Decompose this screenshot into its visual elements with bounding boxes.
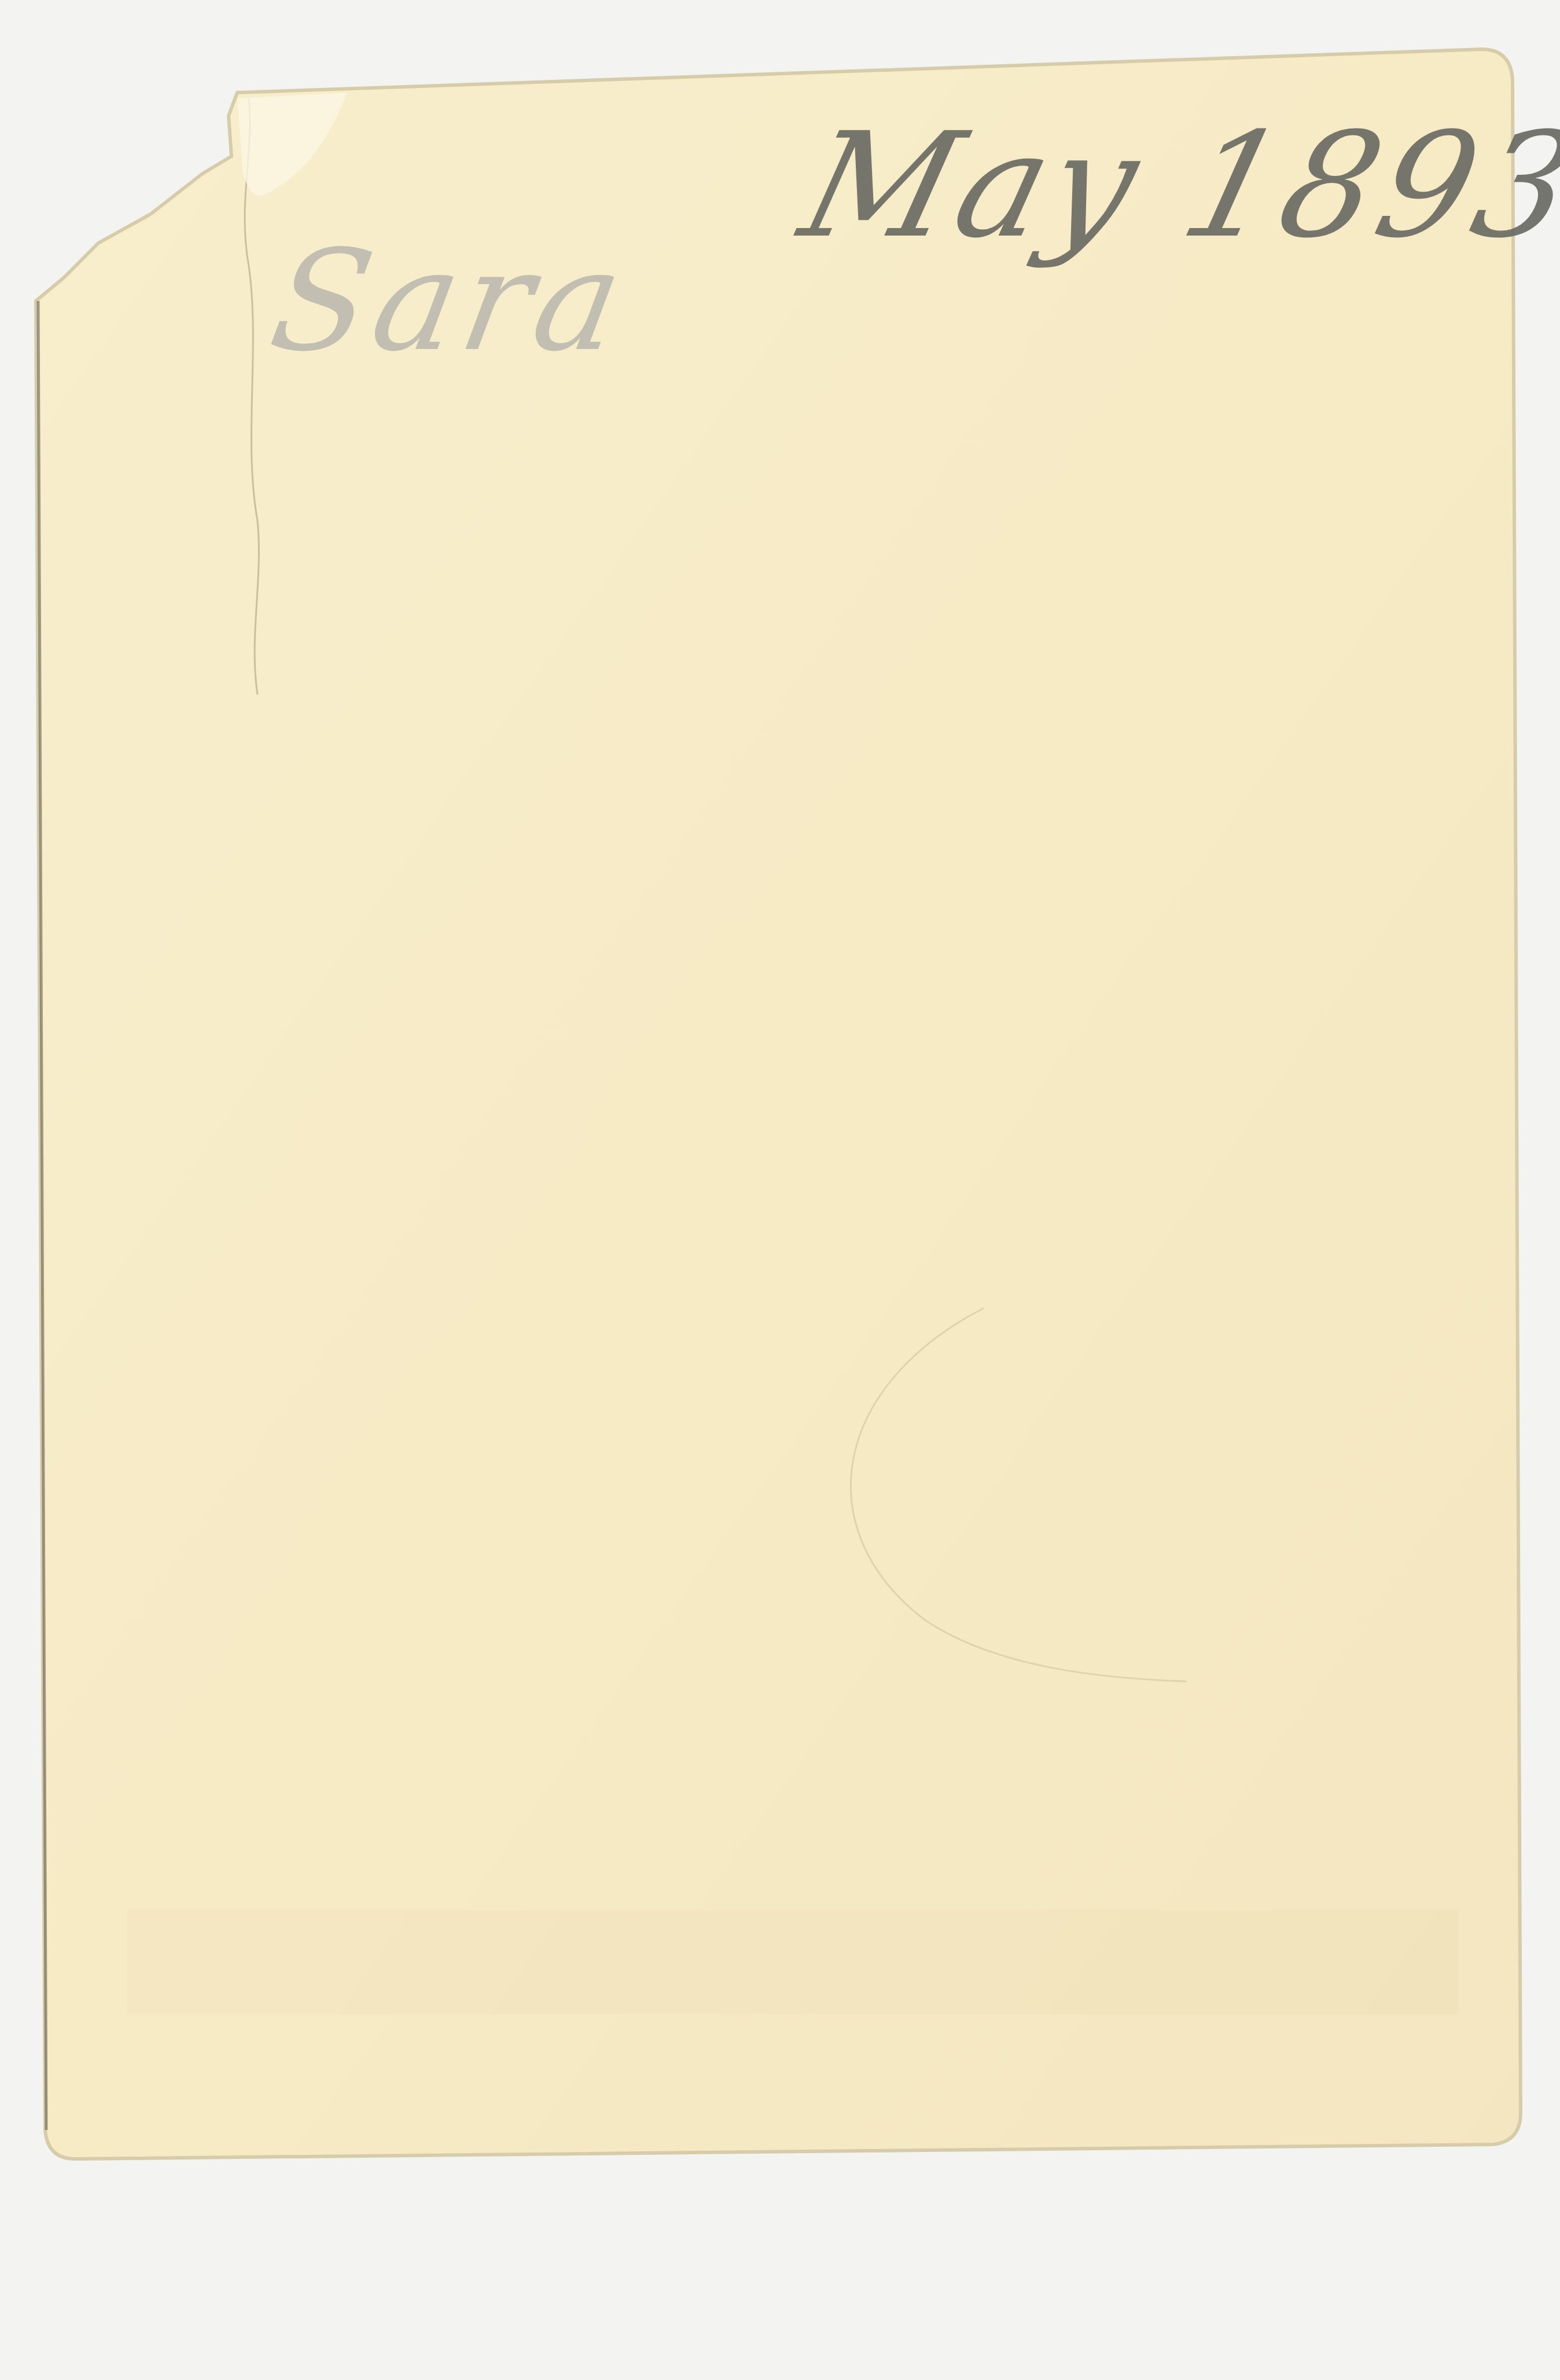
age-stain <box>127 1910 1458 2014</box>
handwritten-date: May 1893. <box>787 101 1560 270</box>
card-shape <box>0 0 1560 2380</box>
handwritten-name: Sara <box>260 220 639 382</box>
card-body <box>36 49 1521 2159</box>
photo-card: May 1893. Sara <box>0 0 1560 2380</box>
